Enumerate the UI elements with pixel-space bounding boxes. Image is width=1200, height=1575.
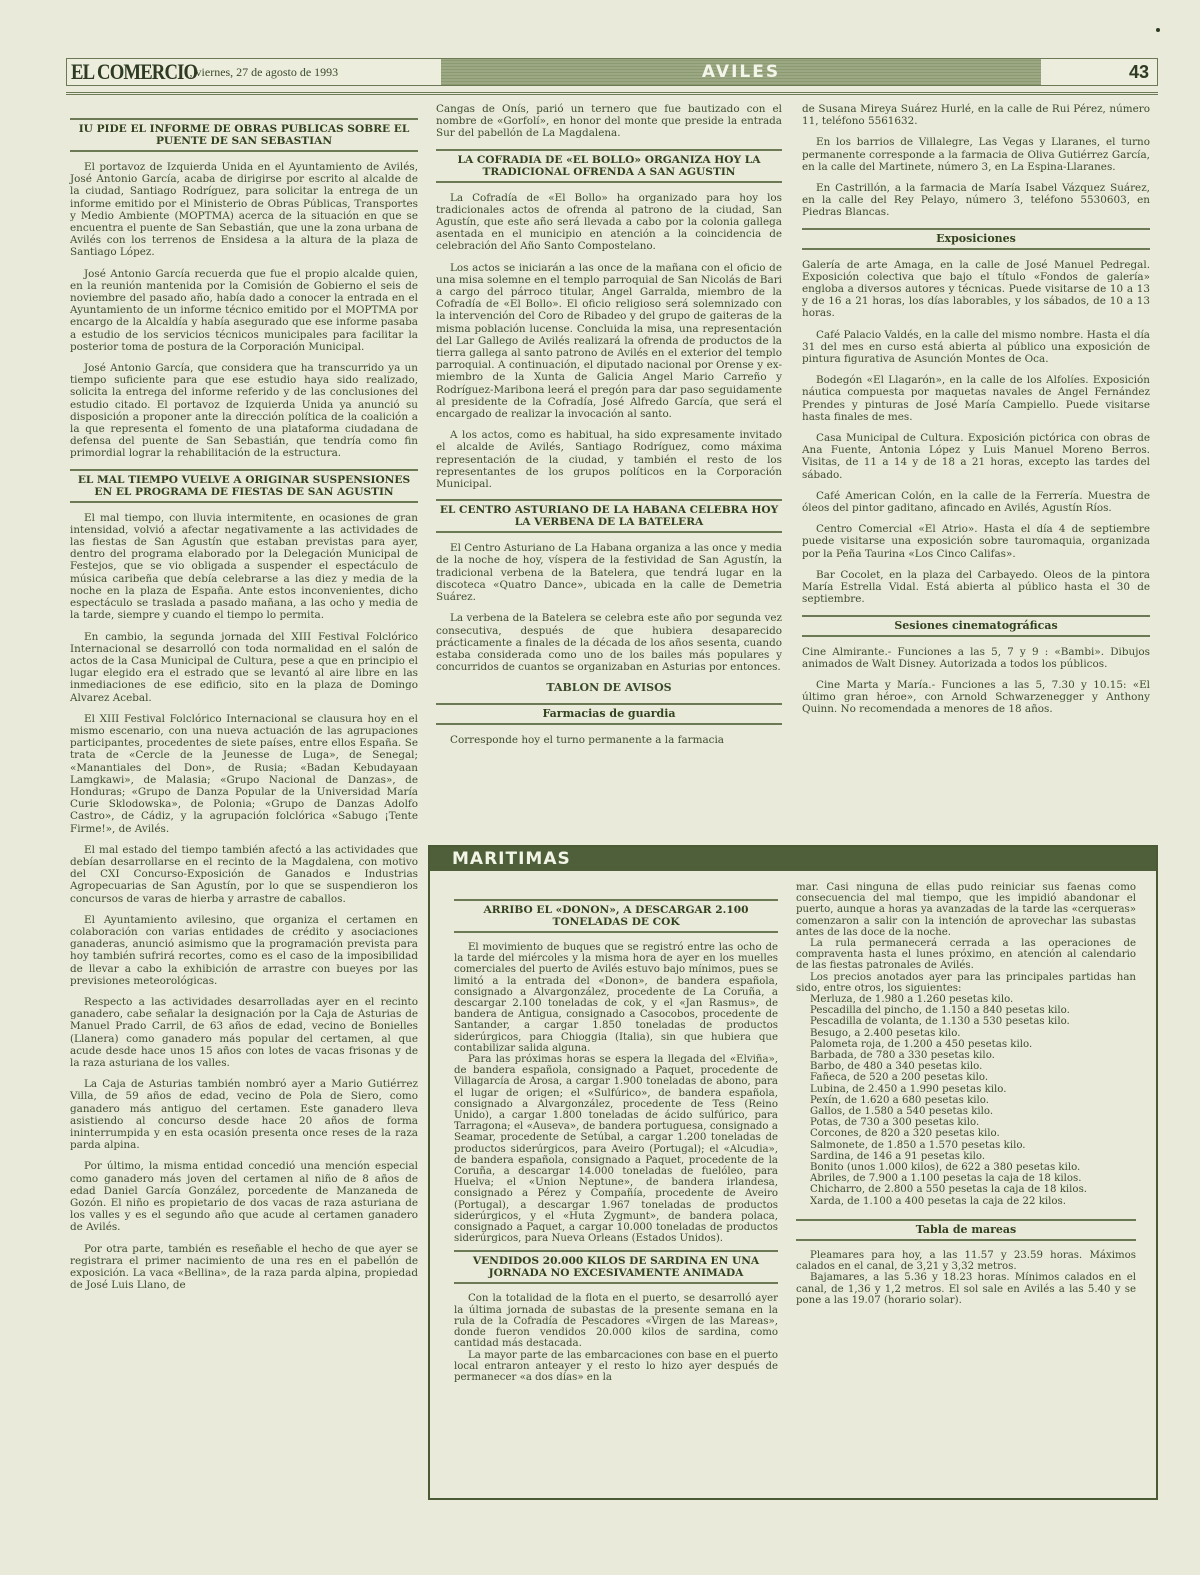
column-1: IU PIDE EL INFORME DE OBRAS PUBLICAS SOB…: [70, 112, 418, 1300]
price-item: Salmonete, de 1.850 a 1.570 pesetas kilo…: [796, 1140, 1136, 1151]
exhibition-entry: Galería de arte Amaga, en la calle de Jo…: [802, 259, 1150, 320]
price-item: Bonito (unos 1.000 kilos), de 622 a 380 …: [796, 1162, 1136, 1173]
article-arribo-donon: ARRIBO EL «DONON», A DESCARGAR 2.100 TON…: [454, 899, 778, 1244]
paragraph: En cambio, la segunda jornada del XIII F…: [70, 631, 418, 704]
exhibition-entry: Bodegón «El Llagarón», en la calle de lo…: [802, 374, 1150, 423]
price-item: Pescadilla del pincho, de 1.150 a 840 pe…: [796, 1005, 1136, 1016]
price-item: Sardina, de 146 a 91 pesetas kilo.: [796, 1151, 1136, 1162]
continuation-paragraph: mar. Casi ninguna de ellas pudo reinicia…: [796, 882, 1136, 938]
paragraph: Los actos se iniciarán a las once de la …: [436, 262, 782, 421]
page-number: 43: [1041, 59, 1157, 85]
price-item: Pescadilla de volanta, de 1.130 a 530 pe…: [796, 1016, 1136, 1027]
headline: ARRIBO EL «DONON», A DESCARGAR 2.100 TON…: [454, 899, 778, 933]
pharmacy-entry: En Castrillón, a la farmacia de María Is…: [802, 182, 1150, 219]
price-item: Fañeca, de 520 a 200 pesetas kilo.: [796, 1072, 1136, 1083]
notices-title: TABLON DE AVISOS: [436, 682, 782, 694]
exhibition-entry: Bar Cocolet, en la plaza del Carbayedo. …: [802, 569, 1150, 606]
paragraph: La verbena de la Batelera se celebra est…: [436, 612, 782, 673]
masthead-left: EL COMERCIO , viernes, 27 de agosto de 1…: [67, 59, 441, 85]
cinema-title: Sesiones cinematográficas: [802, 615, 1150, 637]
paragraph: José Antonio García, que considera que h…: [70, 362, 418, 460]
tide-entry: Pleamares para hoy, a las 11.57 y 23.59 …: [796, 1250, 1136, 1272]
price-item: Gallos, de 1.580 a 540 pesetas kilo.: [796, 1106, 1136, 1117]
price-item: Potas, de 730 a 300 pesetas kilo.: [796, 1117, 1136, 1128]
column-2: Cangas de Onís, parió un ternero que fue…: [436, 103, 782, 755]
continuation-paragraph: Cangas de Onís, parió un ternero que fue…: [436, 103, 782, 140]
price-item: Pexín, de 1.620 a 680 pesetas kilo.: [796, 1095, 1136, 1106]
masthead: EL COMERCIO , viernes, 27 de agosto de 1…: [66, 58, 1158, 86]
paragraph: Corresponde hoy el turno permanente a la…: [436, 734, 782, 746]
paragraph: El portavoz de Izquierda Unida en el Ayu…: [70, 161, 418, 259]
price-item: Merluza, de 1.980 a 1.260 pesetas kilo.: [796, 994, 1136, 1005]
print-mark: [1156, 28, 1160, 32]
paragraph: Para las próximas horas se espera la lle…: [454, 1054, 778, 1244]
headline: EL CENTRO ASTURIANO DE LA HABANA CELEBRA…: [436, 499, 782, 533]
paragraph: El movimiento de buques que se registró …: [454, 942, 778, 1054]
price-item: Corcones, de 820 a 320 pesetas kilo.: [796, 1128, 1136, 1139]
article-iu-informe: IU PIDE EL INFORME DE OBRAS PUBLICAS SOB…: [70, 118, 418, 460]
paragraph: La Caja de Asturias también nombró ayer …: [70, 1078, 418, 1151]
exhibition-entry: Casa Municipal de Cultura. Exposición pi…: [802, 432, 1150, 481]
pharmacy-entry: de Susana Mireya Suárez Hurlé, en la cal…: [802, 103, 1150, 127]
column-3: de Susana Mireya Suárez Hurlé, en la cal…: [802, 103, 1150, 725]
paragraph: El XIII Festival Folclórico Internaciona…: [70, 713, 418, 835]
article-cofradia-bollo: LA COFRADIA DE «EL BOLLO» ORGANIZA HOY L…: [436, 149, 782, 491]
masthead-rule: [66, 92, 1158, 95]
paragraph: Por último, la misma entidad concedió un…: [70, 1160, 418, 1233]
pharmacies-title: Farmacias de guardia: [436, 703, 782, 725]
exhibition-entry: Centro Comercial «El Atrio». Hasta el dí…: [802, 523, 1150, 560]
cinema-entry: Cine Marta y María.- Funciones a las 5, …: [802, 679, 1150, 716]
section-title: AVILES: [441, 59, 1041, 85]
price-item: Besugo, a 2.400 pesetas kilo.: [796, 1028, 1136, 1039]
paragraph: Por otra parte, también es reseñable el …: [70, 1243, 418, 1292]
headline: VENDIDOS 20.000 KILOS DE SARDINA EN UNA …: [454, 1250, 778, 1284]
cinema-entry: Cine Almirante.- Funciones a las 5, 7 y …: [802, 646, 1150, 670]
price-item: Palometa roja, de 1.200 a 450 pesetas ki…: [796, 1039, 1136, 1050]
paragraph: A los actos, como es habitual, ha sido e…: [436, 429, 782, 490]
headline: LA COFRADIA DE «EL BOLLO» ORGANIZA HOY L…: [436, 149, 782, 183]
maritimas-banner: MARITIMAS: [430, 847, 1156, 871]
newspaper-logo: EL COMERCIO: [71, 59, 197, 85]
article-mal-tiempo: EL MAL TIEMPO VUELVE A ORIGINAR SUSPENSI…: [70, 469, 418, 1292]
paragraph: Con la totalidad de la flota en el puert…: [454, 1293, 778, 1349]
exhibition-entry: Café American Colón, en la calle de la F…: [802, 490, 1150, 514]
exhibitions-title: Exposiciones: [802, 228, 1150, 250]
headline: IU PIDE EL INFORME DE OBRAS PUBLICAS SOB…: [70, 118, 418, 152]
headline: EL MAL TIEMPO VUELVE A ORIGINAR SUSPENSI…: [70, 469, 418, 503]
article-sardina: VENDIDOS 20.000 KILOS DE SARDINA EN UNA …: [454, 1250, 778, 1383]
maritimas-column-2: mar. Casi ninguna de ellas pudo reinicia…: [796, 882, 1136, 1306]
paragraph: La mayor parte de las embarcaciones con …: [454, 1350, 778, 1384]
price-item: Chicharro, de 2.800 a 550 pesetas la caj…: [796, 1184, 1136, 1195]
paragraph: La rula permanecerá cerrada a las operac…: [796, 938, 1136, 972]
tide-entry: Bajamares, a las 5.36 y 18.23 horas. Mín…: [796, 1272, 1136, 1306]
price-item: Xarda, de 1.100 a 400 pesetas la caja de…: [796, 1196, 1136, 1207]
paragraph: El mal tiempo, con lluvia intermitente, …: [70, 512, 418, 622]
paragraph: Los precios anotados ayer para las princ…: [796, 972, 1136, 994]
paragraph: El Ayuntamiento avilesino, que organiza …: [70, 914, 418, 987]
price-item: Barbada, de 780 a 330 pesetas kilo.: [796, 1050, 1136, 1061]
exhibition-entry: Café Palacio Valdés, en la calle del mis…: [802, 329, 1150, 366]
price-item: Abriles, de 7.900 a 1.100 pesetas la caj…: [796, 1173, 1136, 1184]
maritimas-column-1: ARRIBO EL «DONON», A DESCARGAR 2.100 TON…: [454, 893, 778, 1383]
price-item: Barbo, de 480 a 340 pesetas kilo.: [796, 1061, 1136, 1072]
paragraph: Respecto a las actividades desarrolladas…: [70, 996, 418, 1069]
price-item: Lubina, de 2.450 a 1.990 pesetas kilo.: [796, 1084, 1136, 1095]
paragraph: José Antonio García recuerda que fue el …: [70, 268, 418, 353]
paragraph: El Centro Asturiano de La Habana organiz…: [436, 542, 782, 603]
fish-price-list: Merluza, de 1.980 a 1.260 pesetas kilo. …: [796, 994, 1136, 1207]
article-centro-asturiano: EL CENTRO ASTURIANO DE LA HABANA CELEBRA…: [436, 499, 782, 673]
tides-title: Tabla de mareas: [796, 1219, 1136, 1241]
issue-date: , viernes, 27 de agosto de 1993: [190, 65, 339, 80]
pharmacy-entry: En los barrios de Villalegre, Las Vegas …: [802, 136, 1150, 173]
paragraph: El mal estado del tiempo también afectó …: [70, 844, 418, 905]
paragraph: La Cofradía de «El Bollo» ha organizado …: [436, 192, 782, 253]
